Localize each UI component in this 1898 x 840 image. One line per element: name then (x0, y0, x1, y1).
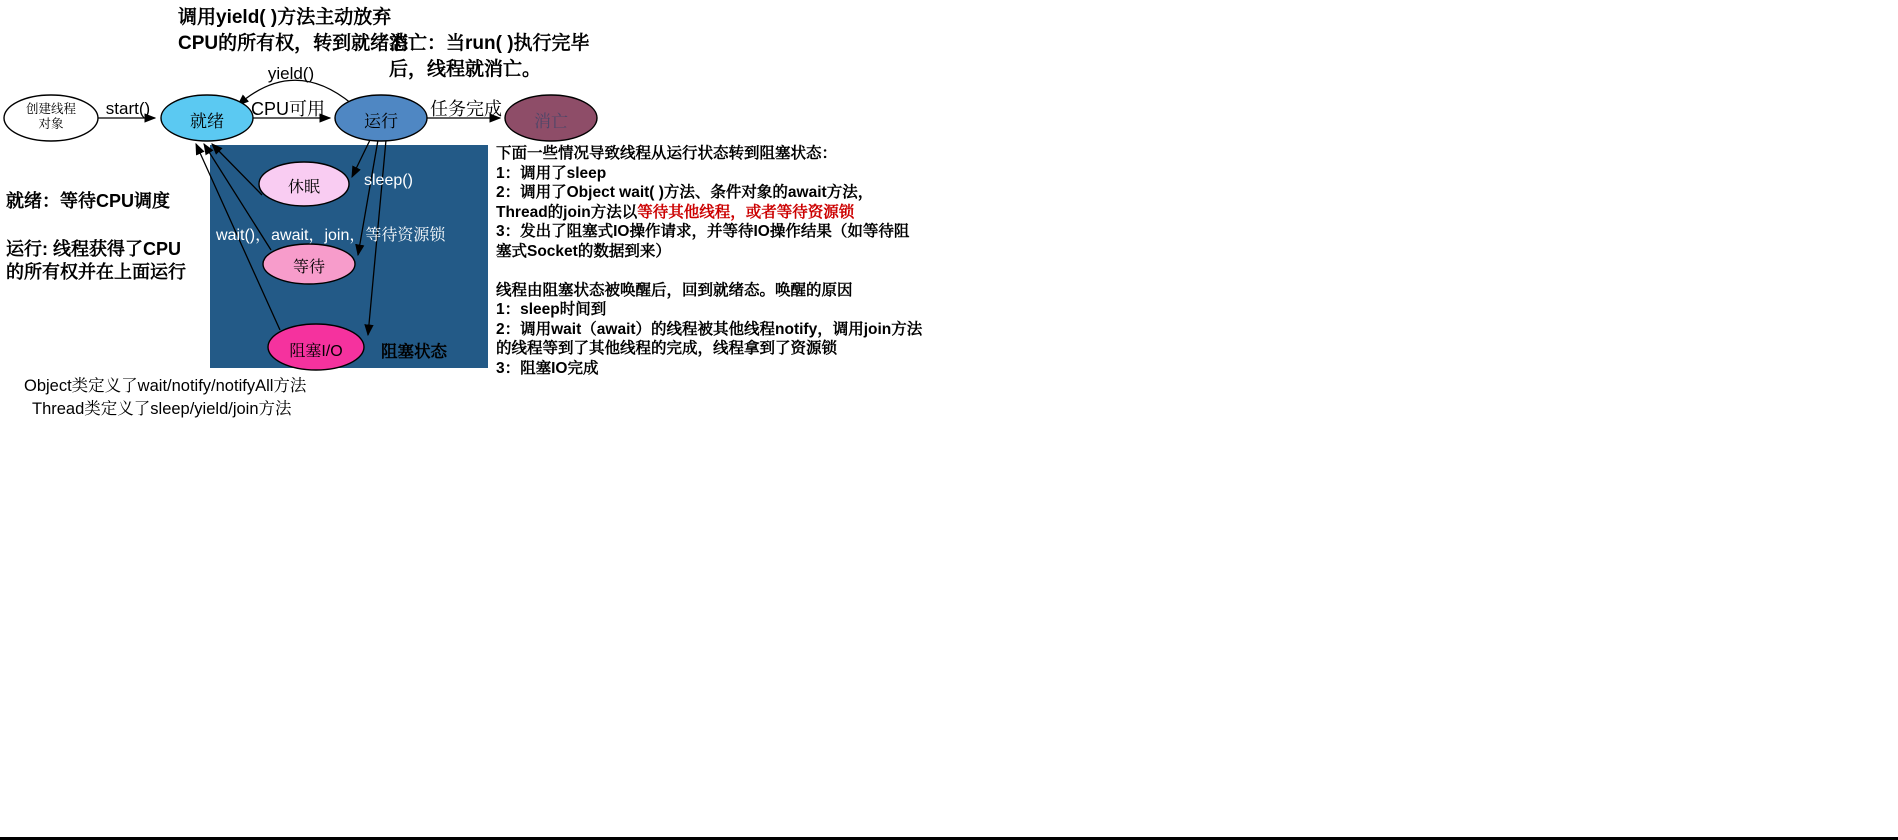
blocked-note-item-3a: 3：发出了阻塞式IO操作请求，并等待IO操作结果（如等待阻 (496, 222, 966, 242)
cpu-available-label: CPU可用 (240, 95, 336, 121)
blocked-note-title: 下面一些情况导致线程从运行状态转到阻塞状态： (496, 144, 966, 164)
yield-transition-label: yield() (260, 64, 322, 84)
wait-methods-label: wait()，await，join，等待资源锁 (216, 222, 492, 245)
yield-annotation: 调用yield( )方法主动放弃 CPU的所有权，转到就绪态 (178, 5, 408, 57)
state-label-waiting: 等待 (263, 254, 355, 277)
notes-spacer (496, 262, 966, 281)
state-label-blocked-io: 阻塞I/O (268, 338, 364, 361)
wake-note-item-3: 3：阻塞IO完成 (496, 359, 966, 379)
wake-note-item-2b: 的线程等到了其他线程的完成，线程拿到了资源锁 (496, 339, 966, 359)
state-label-ready: 就绪 (161, 107, 253, 132)
thread-state-diagram: 调用yield( )方法主动放弃 CPU的所有权，转到就绪态 yield() 消… (0, 0, 1898, 840)
blocked-state-label: 阻塞状态 (381, 338, 467, 362)
state-label-running: 运行 (335, 107, 427, 132)
wake-note-item-2a: 2：调用wait（await）的线程被其他线程notify，调用join方法 (496, 320, 966, 340)
state-label-create: 创建线程 对象 (3, 102, 99, 132)
dead-annotation: 消亡：当run( )执行完毕 后，线程就消亡。 (389, 31, 590, 83)
object-methods-note: Object类定义了wait/notify/notifyAll方法 (24, 372, 306, 396)
running-annotation: 运行: 线程获得了CPU 的所有权并在上面运行 (6, 238, 186, 284)
blocked-note-item-2a: 2：调用了Object wait( )方法、条件对象的await方法， (496, 183, 966, 203)
blocked-note-item-2b-prefix: Thread的join方法以 (496, 204, 637, 221)
wake-note-item-1: 1：sleep时间到 (496, 300, 966, 320)
sleep-call-label: sleep() (364, 172, 428, 190)
wake-note-title: 线程由阻塞状态被唤醒后，回到就绪态。唤醒的原因 (496, 281, 966, 301)
task-done-label: 任务完成 (423, 95, 509, 121)
blocked-wake-notes: 下面一些情况导致线程从运行状态转到阻塞状态： 1：调用了sleep 2：调用了O… (496, 144, 966, 379)
blocked-note-item-1: 1：调用了sleep (496, 164, 966, 184)
state-label-sleeping: 休眠 (259, 174, 349, 197)
blocked-note-item-2b: Thread的join方法以等待其他线程，或者等待资源锁 (496, 203, 966, 223)
state-label-dead: 消亡 (505, 107, 597, 132)
blocked-note-item-3b: 塞式Socket的数据到来） (496, 242, 966, 262)
start-transition-label: start() (99, 99, 157, 119)
blocked-note-item-2b-highlight: 等待其他线程，或者等待资源锁 (637, 204, 854, 221)
thread-methods-note: Thread类定义了sleep/yield/join方法 (32, 395, 292, 419)
ready-annotation: 就绪：等待CPU调度 (6, 190, 170, 213)
